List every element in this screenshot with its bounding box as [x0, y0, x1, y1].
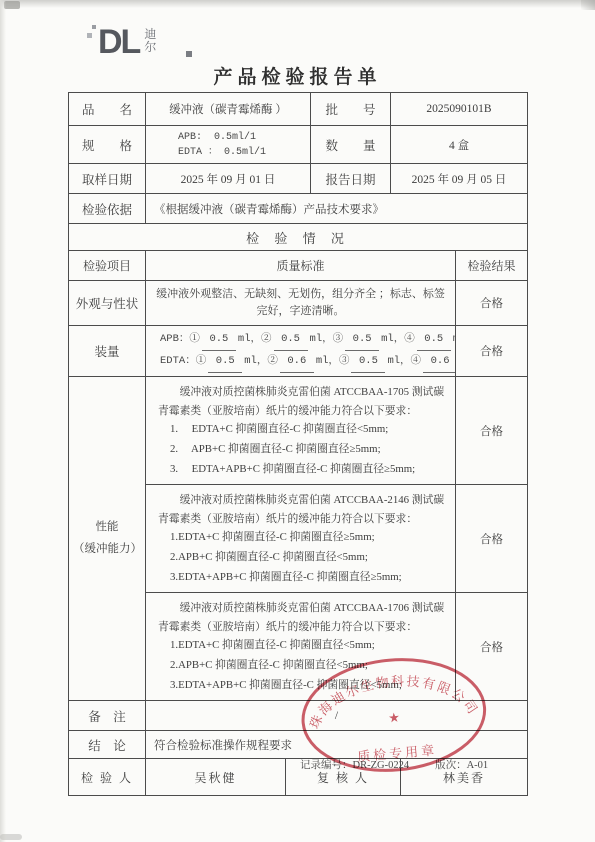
volume-value: 0.6	[280, 351, 314, 373]
page-title: 产品检验报告单	[0, 62, 595, 89]
volume-unit: ml，	[316, 355, 339, 367]
performance-item: 1. EDTA+C 抑菌圈直径-C 抑菌圈直径<5mm;	[158, 420, 445, 440]
performance-intro: 缓冲液对质控菌株肺炎克雷伯菌 ATCCBAA-1706 测试碳青霉素类（亚胺培南…	[158, 599, 445, 636]
volume-value: 0.5	[345, 329, 379, 351]
sample-date-label: 取样日期	[69, 164, 146, 194]
product-name-value: 缓冲液（碳青霉烯酶 ）	[146, 93, 311, 126]
row-section-band: 检 验 情 况	[69, 224, 528, 251]
volume-value: 0.5	[417, 329, 451, 351]
performance-result-3: 合格	[456, 593, 528, 701]
circled-4: ④	[404, 333, 415, 345]
logo-decor-square	[92, 25, 96, 29]
performance-item: 3. EDTA+APB+C 抑菌圈直径-C 抑菌圈直径≥5mm;	[158, 460, 445, 480]
volume-edta-prefix: EDTA：	[160, 355, 196, 367]
volume-apb-prefix: APB：	[160, 333, 189, 345]
row-spec-qty: 规 格 APB: 0.5ml/1 EDTA ： 0.5ml/1 数 量 4 盒	[69, 126, 528, 164]
performance-item: 3.EDTA+APB+C 抑菌圈直径-C 抑菌圈直径<5mm;	[158, 676, 445, 696]
volume-value: 0.5	[274, 329, 308, 351]
batch-value: 2025090101B	[391, 93, 528, 126]
performance-label-line1: 性能	[73, 517, 141, 539]
performance-block-3: 缓冲液对质控菌株肺炎克雷伯菌 ATCCBAA-1706 测试碳青霉素类（亚胺培南…	[146, 593, 456, 701]
logo-brand-bottom: 尔	[144, 41, 156, 54]
performance-item: 3.EDTA+APB+C 抑菌圈直径-C 抑菌圈直径≥5mm;	[158, 568, 445, 588]
scan-artifact-corner	[4, 1, 20, 9]
volume-apb-line: APB：①0.5ml，②0.5ml，③0.5ml，④0.5ml；	[160, 329, 453, 351]
volume-result: 合格	[456, 326, 528, 377]
circled-1: ①	[189, 333, 200, 345]
conclusion-value: 符合检验标准操作规程要求	[146, 731, 528, 759]
volume-unit: ml，	[244, 355, 267, 367]
spec-apb: APB: 0.5ml/1	[150, 130, 306, 145]
col-header-result: 检验结果	[456, 251, 528, 281]
basis-label: 检验依据	[69, 194, 146, 224]
version-label: 版次：	[435, 760, 467, 771]
volume-edta-line: EDTA：①0.5ml，②0.6ml，③0.5ml，④0.6ml；	[160, 351, 453, 373]
logo-text: DL	[98, 27, 139, 57]
scan-artifact-corner	[0, 834, 22, 840]
product-name-label: 品 名	[69, 93, 146, 126]
performance-label: 性能 （缓冲能力）	[69, 377, 146, 701]
scan-artifact-left	[0, 0, 6, 842]
logo-brand-characters: 迪 尔	[144, 28, 156, 54]
logo-decor-square	[186, 51, 192, 57]
scan-artifact-corner	[581, 0, 595, 10]
volume-unit: ml，	[387, 355, 410, 367]
row-dates: 取样日期 2025 年 09 月 01 日 报告日期 2025 年 09 月 0…	[69, 164, 528, 194]
report-date-value: 2025 年 09 月 05 日	[391, 164, 528, 194]
appearance-standard: 缓冲液外观整洁、无缺刻、无划伤，组分齐全 ；标志、标签完好，字迹清晰。	[146, 281, 456, 326]
company-logo: DL 迪 尔	[98, 27, 156, 57]
performance-result-1: 合格	[456, 377, 528, 485]
qty-label: 数 量	[311, 126, 391, 164]
row-column-headers: 检验项目 质量标准 检验结果	[69, 251, 528, 281]
performance-block-1: 缓冲液对质控菌株肺炎克雷伯菌 ATCCBAA-1705 测试碳青霉素类（亚胺培南…	[146, 377, 456, 485]
circled-2: ②	[267, 355, 278, 367]
sample-date-value: 2025 年 09 月 01 日	[146, 164, 311, 194]
remark-label: 备 注	[69, 701, 146, 731]
performance-result-2: 合格	[456, 485, 528, 593]
spec-value: APB: 0.5ml/1 EDTA ： 0.5ml/1	[146, 126, 311, 164]
performance-intro: 缓冲液对质控菌株肺炎克雷伯菌 ATCCBAA-1705 测试碳青霉素类（亚胺培南…	[158, 383, 445, 420]
circled-3: ③	[333, 333, 344, 345]
row-conclusion: 结 论 符合检验标准操作规程要求	[69, 731, 528, 759]
circled-1: ①	[196, 355, 207, 367]
report-page: DL 迪 尔 产品检验报告单 品 名 缓冲液（碳青霉烯酶 ） 批 号 20250…	[0, 0, 595, 842]
appearance-label: 外观与性状	[69, 281, 146, 326]
section-title: 检 验 情 况	[69, 224, 528, 251]
volume-unit: ml，	[238, 333, 261, 345]
row-appearance: 外观与性状 缓冲液外观整洁、无缺刻、无划伤，组分齐全 ；标志、标签完好，字迹清晰…	[69, 281, 528, 326]
performance-intro: 缓冲液对质控菌株肺炎克雷伯菌 ATCCBAA-2146 测试碳青霉素类（亚胺培南…	[158, 491, 445, 528]
performance-item: 1.EDTA+C 抑菌圈直径-C 抑菌圈直径≥5mm;	[158, 528, 445, 548]
batch-label: 批 号	[311, 93, 391, 126]
volume-label: 装量	[69, 326, 146, 377]
circled-3: ③	[339, 355, 350, 367]
circled-4: ④	[411, 355, 422, 367]
performance-item: 2. APB+C 抑菌圈直径-C 抑菌圈直径≥5mm;	[158, 440, 445, 460]
volume-value: 0.5	[202, 329, 236, 351]
circled-2: ②	[261, 333, 272, 345]
performance-block-2: 缓冲液对质控菌株肺炎克雷伯菌 ATCCBAA-2146 测试碳青霉素类（亚胺培南…	[146, 485, 456, 593]
appearance-result: 合格	[456, 281, 528, 326]
remark-value: /	[146, 701, 528, 731]
record-no-value: DR-ZG-0224	[353, 760, 410, 771]
volume-unit: ml，	[310, 333, 333, 345]
performance-item: 2.APB+C 抑菌圈直径-C 抑菌圈直径<5mm;	[158, 548, 445, 568]
col-header-standard: 质量标准	[146, 251, 456, 281]
row-volume: 装量 APB：①0.5ml，②0.5ml，③0.5ml，④0.5ml； EDTA…	[69, 326, 528, 377]
row-performance-1: 性能 （缓冲能力） 缓冲液对质控菌株肺炎克雷伯菌 ATCCBAA-1705 测试…	[69, 377, 528, 485]
inspector-label: 检 验 人	[69, 759, 146, 796]
inspector-name: 吴秋健	[146, 759, 286, 796]
basis-value: 《根据缓冲液（碳青霉烯酶）产品技术要求》	[146, 194, 528, 224]
logo-decor-square	[87, 33, 92, 38]
conclusion-label: 结 论	[69, 731, 146, 759]
col-header-item: 检验项目	[69, 251, 146, 281]
report-date-label: 报告日期	[311, 164, 391, 194]
performance-label-line2: （缓冲能力）	[73, 539, 141, 561]
volume-value: 0.5	[208, 351, 242, 373]
record-no-label: 记录编号：	[300, 760, 353, 771]
spec-edta: EDTA ： 0.5ml/1	[150, 145, 306, 160]
row-product-batch: 品 名 缓冲液（碳青霉烯酶 ） 批 号 2025090101B	[69, 93, 528, 126]
scan-artifact-top	[0, 0, 595, 9]
volume-unit: ml，	[381, 333, 404, 345]
version-value: A-01	[467, 760, 489, 771]
volume-value: 0.5	[351, 351, 385, 373]
spec-label: 规 格	[69, 126, 146, 164]
performance-item: 1.EDTA+C 抑菌圈直径-C 抑菌圈直径<5mm;	[158, 636, 445, 656]
performance-item: 2.APB+C 抑菌圈直径-C 抑菌圈直径<5mm;	[158, 656, 445, 676]
qty-value: 4 盒	[391, 126, 528, 164]
volume-standard: APB：①0.5ml，②0.5ml，③0.5ml，④0.5ml； EDTA：①0…	[146, 326, 456, 377]
report-table: 品 名 缓冲液（碳青霉烯酶 ） 批 号 2025090101B 规 格 APB:…	[68, 92, 527, 796]
row-basis: 检验依据 《根据缓冲液（碳青霉烯酶）产品技术要求》	[69, 194, 528, 224]
footer-record-line: 记录编号：DR-ZG-0224版次：A-01	[300, 757, 488, 772]
volume-value: 0.6	[423, 351, 455, 373]
row-remark: 备 注 /	[69, 701, 528, 731]
